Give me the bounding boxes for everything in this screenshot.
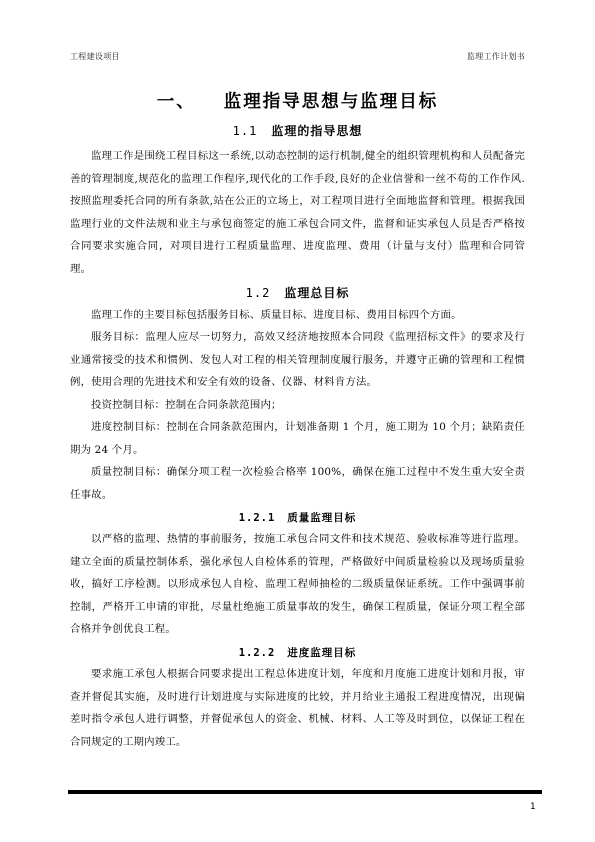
paragraph: 以严格的监理、热情的事前服务，按施工承包合同文件和技术规范、验收标准等进行监理。… (70, 528, 525, 641)
chapter-title-text: 监理指导思想与监理目标 (224, 92, 439, 112)
paragraph: 监理工作是围绕工程目标这一系统,以动态控制的运行机制,健全的组织管理机构和人员配… (70, 145, 525, 280)
page-header-left: 工程建设项目 (70, 51, 120, 62)
section-number: 1.2 (246, 286, 271, 300)
section-heading-1-2-1: 1.2.1质量监理目标 (0, 510, 595, 525)
section-heading-1-1: 1.1监理的指导思想 (0, 122, 595, 139)
section-title: 监理总目标 (284, 286, 349, 300)
chapter-title: 一、监理指导思想与监理目标 (0, 88, 595, 113)
paragraph: 质量控制目标：确保分项工程一次检验合格率 100%，确保在施工过程中不发生重大安… (70, 461, 525, 506)
page-header-right: 监理工作计划书 (467, 51, 525, 62)
paragraph: 进度控制目标：控制在合同条款范围内，计划准备期 1 个月，施工期为 10 个月；… (70, 416, 525, 461)
chapter-number: 一、 (157, 92, 196, 112)
section-number: 1.2.2 (239, 647, 276, 659)
section-number: 1.2.1 (239, 512, 276, 524)
section-heading-1-2-2: 1.2.2进度监理目标 (0, 645, 595, 660)
section-title: 监理的指导思想 (271, 124, 362, 138)
section-number: 1.1 (233, 124, 258, 138)
section-title: 质量监理目标 (287, 512, 356, 524)
footer-rule (68, 790, 542, 794)
section-title: 进度监理目标 (287, 647, 356, 659)
section-heading-1-2: 1.2监理总目标 (0, 284, 595, 301)
page-number: 1 (530, 802, 536, 812)
paragraph: 要求施工承包人根据合同要求提出工程总体进度计划，年度和月度施工进度计划和月报，审… (70, 663, 525, 753)
paragraph: 投资控制目标：控制在合同条款范围内； (70, 394, 525, 417)
paragraph: 监理工作的主要目标包括服务目标、质量目标、进度目标、费用目标四个方面。 (70, 304, 525, 327)
paragraph: 服务目标：监理人应尽一切努力，高效又经济地按照本合同段《监理招标文件》的要求及行… (70, 326, 525, 394)
